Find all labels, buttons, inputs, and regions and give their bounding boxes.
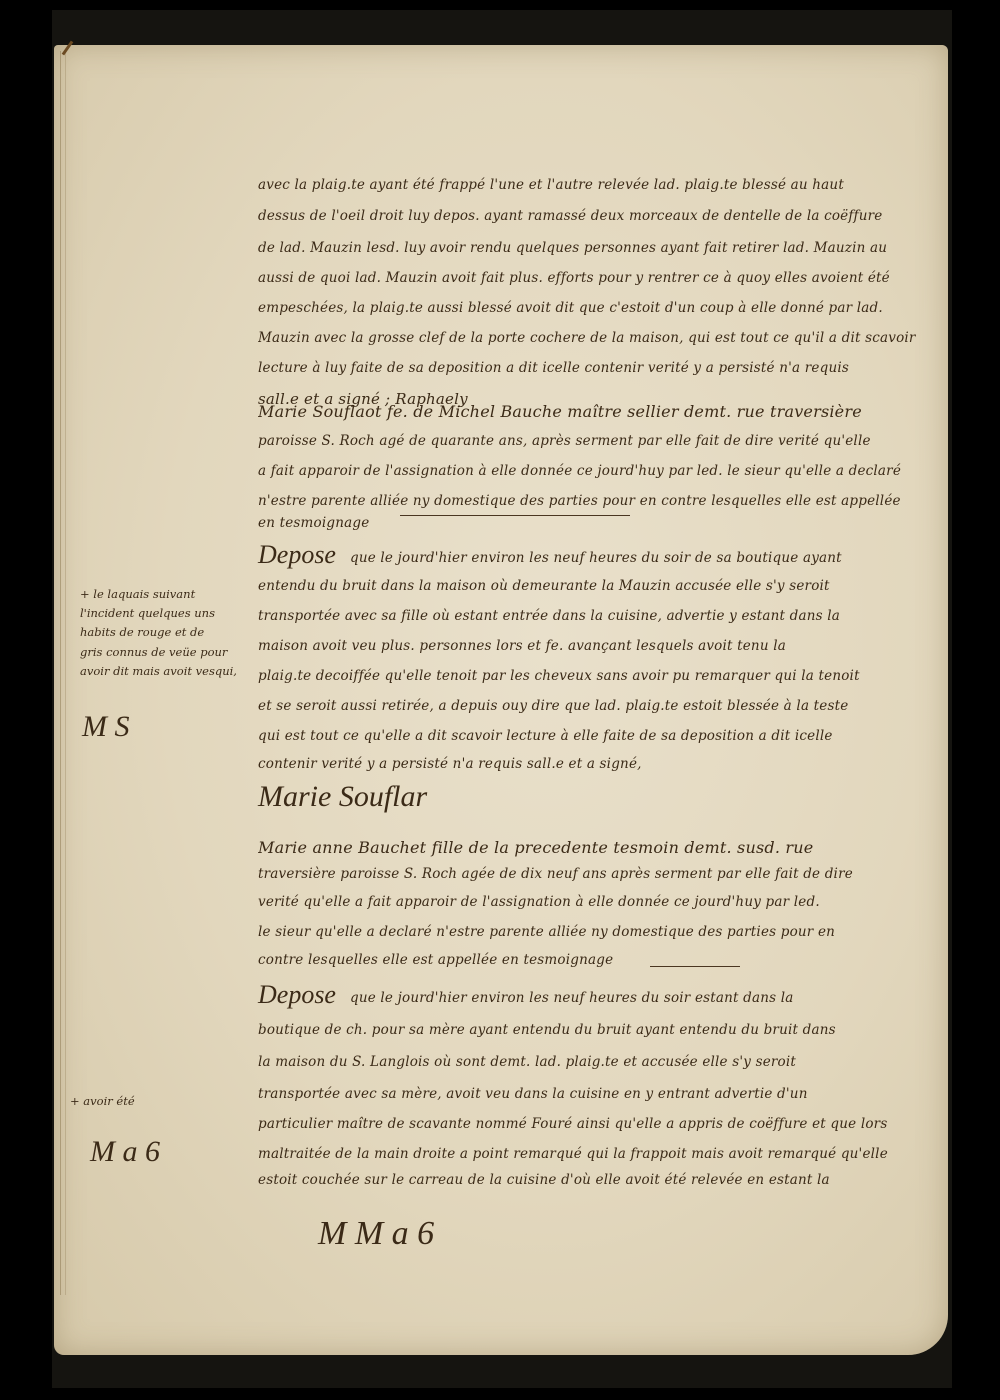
text-line: contre lesquelles elle est appellée en t… (258, 952, 938, 968)
text-line: plaig.te decoiffée qu'elle tenoit par le… (258, 668, 938, 684)
depose-heading: Depose (258, 540, 336, 570)
text-line: la maison du S. Langlois où sont demt. l… (258, 1054, 938, 1070)
text-line: Mauzin avec la grosse clef de la porte c… (258, 330, 938, 346)
line-rule (400, 515, 630, 516)
text-line: et se seroit aussi retirée, a depuis ouy… (258, 698, 938, 714)
text-line: traversière paroisse S. Roch agée de dix… (258, 866, 938, 882)
text-line: maltraitée de la main droite a point rem… (258, 1146, 938, 1162)
text-line: en tesmoignage (258, 515, 938, 531)
text-line: particulier maître de scavante nommé Fou… (258, 1116, 938, 1132)
depose-heading: Depose (258, 980, 336, 1010)
text-line: transportée avec sa fille où estant entr… (258, 608, 938, 624)
initials-ms: M S (82, 710, 130, 744)
text-line: qui est tout ce qu'elle a dit scavoir le… (258, 728, 938, 744)
margin-text-line: + avoir été (70, 1092, 245, 1111)
text-line: avec la plaig.te ayant été frappé l'une … (258, 177, 938, 193)
text-line: empeschées, la plaig.te aussi blessé avo… (258, 300, 938, 316)
margin-text-line: + le laquais suivant (80, 585, 255, 604)
text-line: verité qu'elle a fait apparoir de l'assi… (258, 894, 938, 910)
margin-text-line: avoir dit mais avoit vesqui, (80, 662, 255, 681)
text-line: boutique de ch. pour sa mère ayant enten… (258, 1022, 938, 1038)
line-rule (650, 966, 740, 967)
text-line: le sieur qu'elle a declaré n'estre paren… (258, 924, 938, 940)
margin-text-line: habits de rouge et de (80, 623, 255, 642)
text-line: n'estre parente alliée ny domestique des… (258, 493, 938, 509)
margin-text-line: l'incident quelques uns (80, 604, 255, 623)
text-line: que le jourd'hier environ les neuf heure… (350, 990, 940, 1006)
text-line: estoit couchée sur le carreau de la cuis… (258, 1172, 938, 1188)
text-line: que le jourd'hier environ les neuf heure… (350, 550, 940, 566)
text-line: aussi de quoi lad. Mauzin avoit fait plu… (258, 270, 938, 286)
text-line: a fait apparoir de l'assignation à elle … (258, 463, 938, 479)
text-line: paroisse S. Roch agé de quarante ans, ap… (258, 433, 938, 449)
initials-ma6: M a 6 (90, 1135, 160, 1169)
margin-text-line: gris connus de veüe pour (80, 643, 255, 662)
text-line: lecture à luy faite de sa deposition a d… (258, 360, 938, 376)
text-line: transportée avec sa mère, avoit veu dans… (258, 1086, 938, 1102)
text-line: dessus de l'oeil droit luy depos. ayant … (258, 208, 938, 224)
text-line: entendu du bruit dans la maison où demeu… (258, 578, 938, 594)
text-line: de lad. Mauzin lesd. luy avoir rendu que… (258, 240, 938, 256)
text-line: contenir verité y a persisté n'a requis … (258, 756, 938, 772)
witness-heading-line: Marie Souflaot fe. de Michel Bauche maît… (258, 402, 938, 421)
text-line: maison avoit veu plus. personnes lors et… (258, 638, 938, 654)
witness-heading-line: Marie anne Bauchet fille de la precedent… (258, 838, 938, 857)
bottom-initials: M M a 6 (318, 1215, 434, 1253)
signature-marie-souflar: Marie Souflar (258, 780, 427, 814)
